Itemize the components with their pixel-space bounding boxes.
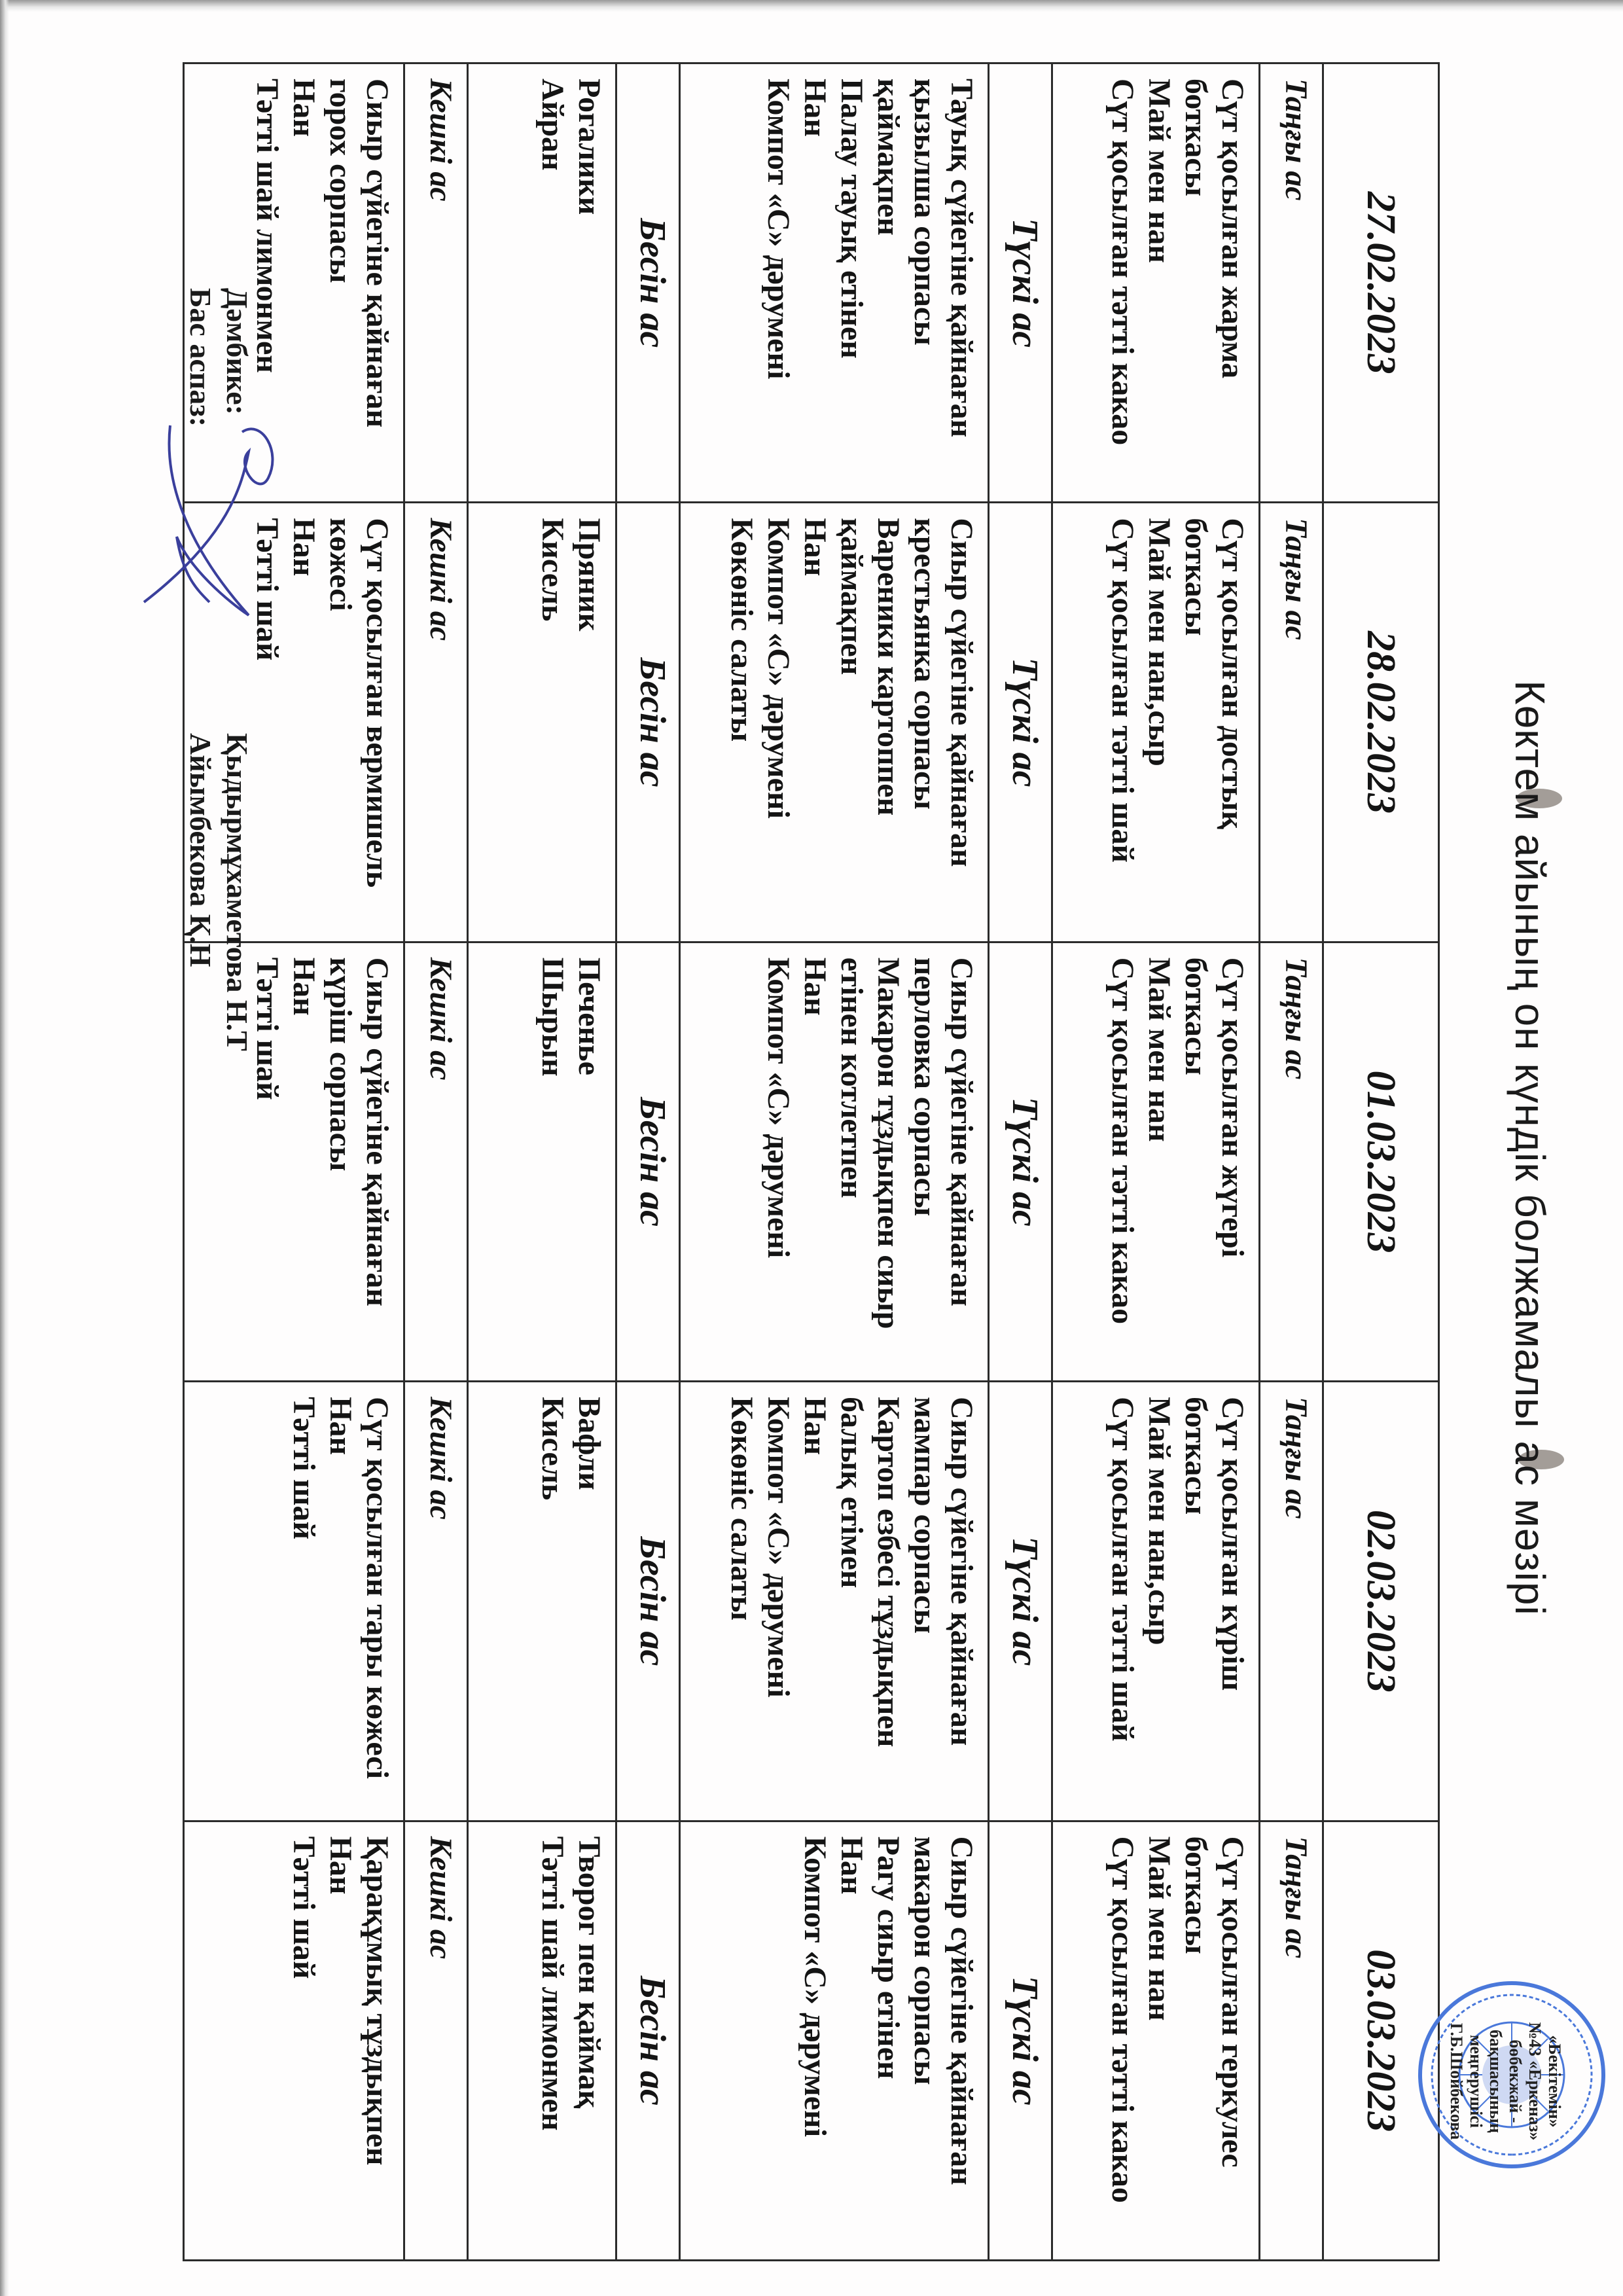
menu-item: Нан bbox=[796, 1397, 833, 1805]
lunch-label-row: Түскі асТүскі асТүскі асТүскі асТүскі ас bbox=[989, 63, 1052, 2261]
menu-item: Сиыр сүйегіне қайнаған перловка сорпасы bbox=[906, 958, 980, 1366]
menu-item: Нан bbox=[833, 1837, 870, 2245]
meal-label: Бесін ас bbox=[634, 958, 671, 1366]
menu-item: Сиыр сүйегіне қайнаған күріш сорпасы bbox=[322, 958, 395, 1366]
menu-item: Сүт қосылған достық боткасы bbox=[1177, 518, 1251, 926]
meal-label-cell: Таңғы ас bbox=[1260, 1382, 1323, 1821]
meal-label-cell: Түскі ас bbox=[989, 942, 1052, 1381]
meal-label-cell: Кешкі ас bbox=[404, 942, 468, 1381]
menu-item: Макарон тұздықпен сиыр етінен котлетпен bbox=[833, 958, 906, 1366]
menu-item: Палау тауық етінен bbox=[833, 79, 870, 487]
meal-label: Кешкі ас bbox=[423, 79, 458, 202]
menu-item: Компот «С» дәрумені bbox=[760, 1397, 796, 1805]
menu-item: Картоп езбесі тұздықпен балық етімен bbox=[833, 1397, 906, 1805]
menu-item: Май мен нан bbox=[1141, 958, 1177, 1366]
menu-item: Компот «С» дәрумені bbox=[760, 518, 796, 926]
menu-item: Нан bbox=[796, 958, 833, 1366]
signature-name: Айымбекова Қ.Н bbox=[182, 733, 219, 967]
menu-items-cell: Қарақұмық тұздықпенНанТәтті шай bbox=[184, 1821, 404, 2260]
meal-label: Түскі ас bbox=[1007, 518, 1043, 926]
menu-item: Тәтті шай лимонмен bbox=[534, 1837, 571, 2245]
menu-item: Тәтті шай bbox=[285, 1837, 322, 2245]
menu-item: Сүт қосылған тәтті шай bbox=[1104, 518, 1141, 926]
meal-label: Бесін ас bbox=[634, 1397, 671, 1805]
meal-label: Түскі ас bbox=[1007, 958, 1043, 1366]
meal-label-cell: Таңғы ас bbox=[1260, 503, 1323, 942]
menu-item: Сүт қосылған жүгері боткасы bbox=[1177, 958, 1251, 1366]
dinner-label-row: Кешкі асКешкі асКешкі асКешкі асКешкі ас bbox=[404, 63, 468, 2261]
menu-item: Компот «С» дәрумені bbox=[796, 1837, 833, 2245]
meal-label-cell: Кешкі ас bbox=[404, 1821, 468, 2260]
menu-item: Тәтті шай bbox=[285, 1397, 322, 1805]
menu-items-cell: Сүт қосылған тары көжесіНанТәтті шай bbox=[184, 1382, 404, 1821]
meal-label-cell: Бесін ас bbox=[616, 63, 680, 503]
meal-label: Түскі ас bbox=[1007, 1837, 1043, 2245]
menu-items-cell: ПряникКисель bbox=[468, 503, 616, 942]
menu-item: Сүт қосылған тары көжесі bbox=[359, 1397, 395, 1805]
date-header: 02.03.2023 bbox=[1323, 1382, 1439, 1821]
meal-label-cell: Бесін ас bbox=[616, 1821, 680, 2260]
snack-items-row: РогаликиАйранПряникКисельПеченьеШырынВаф… bbox=[468, 63, 616, 2261]
menu-item: Май мен нан bbox=[1141, 79, 1177, 487]
menu-item: Нан bbox=[285, 958, 322, 1366]
meal-label-cell: Кешкі ас bbox=[404, 503, 468, 942]
menu-item: Компот «С» дәрумені bbox=[760, 79, 796, 487]
meal-label: Бесін ас bbox=[634, 518, 671, 926]
meal-label-cell: Түскі ас bbox=[989, 1382, 1052, 1821]
date-header: 01.03.2023 bbox=[1323, 942, 1439, 1381]
signature-name: Қыдырмұхаметова Н.Т bbox=[219, 733, 255, 1051]
meal-label: Бесін ас bbox=[634, 79, 671, 487]
meal-label: Таңғы ас bbox=[1279, 518, 1313, 640]
meal-label-cell: Түскі ас bbox=[989, 63, 1052, 503]
menu-items-cell: Сүт қосылған геркулес боткасыМай мен нан… bbox=[1052, 1821, 1260, 2260]
date-header: 27.02.2023 bbox=[1323, 63, 1439, 503]
scanned-page: Көктем айының он күндік болжамалы ас мәз… bbox=[0, 0, 1623, 2296]
menu-items-cell: ПеченьеШырын bbox=[468, 942, 616, 1381]
menu-table: 27.02.202328.02.202301.03.202302.03.2023… bbox=[183, 62, 1440, 2261]
menu-item: Сүт қосылған тәтті какао bbox=[1104, 79, 1141, 487]
page-title: Көктем айының он күндік болжамалы ас мәз… bbox=[1506, 0, 1554, 2296]
menu-item: Көкөніс салаты bbox=[723, 518, 760, 926]
menu-item: Компот «С» дәрумені bbox=[760, 958, 796, 1366]
meal-label-cell: Бесін ас bbox=[616, 1382, 680, 1821]
menu-item: Май мен нан bbox=[1141, 1837, 1177, 2245]
breakfast-items-row: Сүт қосылған жарма боткасыМай мен нанСүт… bbox=[1052, 63, 1260, 2261]
menu-item: Сиыр сүйегіне қайнаған мампар сорпасы bbox=[906, 1397, 980, 1805]
approval-stamp-text: «Бекітемін» №43 «Еркеназ» бөбекжай - бақ… bbox=[1446, 1990, 1564, 2173]
menu-item: Нан bbox=[322, 1397, 359, 1805]
menu-items-cell: Сиыр сүйегіне қайнаған перловка сорпасыМ… bbox=[680, 942, 989, 1381]
menu-item: Сиыр сүйегіне қайнаған крестьянка сорпас… bbox=[906, 518, 980, 926]
meal-label: Түскі ас bbox=[1007, 1397, 1043, 1805]
menu-items-cell: Сүт қосылған жүгері боткасыМай мен нанСү… bbox=[1052, 942, 1260, 1381]
meal-label: Кешкі ас bbox=[423, 518, 458, 641]
menu-items-cell: Творог пен қаймақТәтті шай лимонмен bbox=[468, 1821, 616, 2260]
menu-items-cell: Сиыр сүйегіне қайнаған крестьянка сорпас… bbox=[680, 503, 989, 942]
menu-item: Шырын bbox=[534, 958, 571, 1366]
meal-label-cell: Кешкі ас bbox=[404, 1382, 468, 1821]
menu-items-cell: Тауық сүйегіне қайнаған қызылша сорпасы … bbox=[680, 63, 989, 503]
menu-item: Сүт қосылған тәтті какао bbox=[1104, 958, 1141, 1366]
menu-item: Сүт қосылған геркулес боткасы bbox=[1177, 1837, 1251, 2245]
menu-item: Кисель bbox=[534, 518, 571, 926]
meal-label: Таңғы ас bbox=[1279, 1397, 1313, 1519]
menu-document: Көктем айының он күндік болжамалы ас мәз… bbox=[0, 0, 1623, 2296]
meal-label-cell: Бесін ас bbox=[616, 942, 680, 1381]
meal-label: Түскі ас bbox=[1007, 79, 1043, 487]
meal-label: Таңғы ас bbox=[1279, 79, 1313, 201]
meal-label-cell: Таңғы ас bbox=[1260, 63, 1323, 503]
meal-label-cell: Таңғы ас bbox=[1260, 1821, 1323, 2260]
signature-row-chef: Бас аспаз: Айымбекова Қ.Н bbox=[182, 288, 219, 1051]
signature-block: Дәмбике: Қыдырмұхаметова Н.Т Бас аспаз: … bbox=[182, 288, 255, 1051]
menu-item: Рогалики bbox=[571, 79, 607, 487]
menu-item: Нан bbox=[796, 518, 833, 926]
date-header: 28.02.2023 bbox=[1323, 503, 1439, 942]
meal-label: Таңғы ас bbox=[1279, 1837, 1313, 1959]
menu-item: Сүт қосылған күріш боткасы bbox=[1177, 1397, 1251, 1805]
lunch-items-row: Тауық сүйегіне қайнаған қызылша сорпасы … bbox=[680, 63, 989, 2261]
meal-label-cell: Кешкі ас bbox=[404, 63, 468, 503]
menu-items-cell: Сүт қосылған күріш боткасыМай мен нан,сы… bbox=[1052, 1382, 1260, 1821]
menu-item: Көкөніс салаты bbox=[723, 1397, 760, 1805]
menu-item: Кисель bbox=[534, 1397, 571, 1805]
meal-label-cell: Түскі ас bbox=[989, 503, 1052, 942]
menu-item: Вареники картоппен қаймақпен bbox=[833, 518, 906, 926]
meal-label-cell: Түскі ас bbox=[989, 1821, 1052, 2260]
menu-item: Қарақұмық тұздықпен bbox=[359, 1837, 395, 2245]
menu-items-cell: Сиыр сүйегіне қайнаған макарон сорпасыРа… bbox=[680, 1821, 989, 2260]
menu-item: Пряник bbox=[571, 518, 607, 926]
menu-item: Тауық сүйегіне қайнаған қызылша сорпасы … bbox=[870, 79, 980, 487]
menu-item: Печенье bbox=[571, 958, 607, 1366]
meal-label: Кешкі ас bbox=[423, 1397, 458, 1520]
menu-items-cell: Сүт қосылған достық боткасыМай мен нан,с… bbox=[1052, 503, 1260, 942]
signature-row-dambike: Дәмбике: Қыдырмұхаметова Н.Т bbox=[219, 288, 255, 1051]
meal-label: Бесін ас bbox=[634, 1837, 671, 2245]
menu-item: Май мен нан,сыр bbox=[1141, 518, 1177, 926]
breakfast-label-row: Таңғы асТаңғы асТаңғы асТаңғы асТаңғы ас bbox=[1260, 63, 1323, 2261]
menu-item: Май мен нан,сыр bbox=[1141, 1397, 1177, 1805]
menu-item: Нан bbox=[322, 1837, 359, 2245]
meal-label-cell: Бесін ас bbox=[616, 503, 680, 942]
menu-items-cell: РогаликиАйран bbox=[468, 63, 616, 503]
meal-label-cell: Таңғы ас bbox=[1260, 942, 1323, 1381]
meal-label: Таңғы ас bbox=[1279, 958, 1313, 1080]
menu-item: Сүт қосылған тәтті шай bbox=[1104, 1397, 1141, 1805]
menu-item: Айран bbox=[534, 79, 571, 487]
snack-label-row: Бесін асБесін асБесін асБесін асБесін ас bbox=[616, 63, 680, 2261]
menu-items-cell: Сиыр сүйегіне қайнаған мампар сорпасыКар… bbox=[680, 1382, 989, 1821]
date-header-row: 27.02.202328.02.202301.03.202302.03.2023… bbox=[1323, 63, 1439, 2261]
meal-label: Кешкі ас bbox=[423, 1837, 458, 1960]
menu-item: Рагу сиыр етінен bbox=[870, 1837, 906, 2245]
menu-item: Сиыр сүйегіне қайнаған макарон сорпасы bbox=[906, 1837, 980, 2245]
menu-item: Творог пен қаймақ bbox=[571, 1837, 607, 2245]
menu-item: Сүт қосылған жарма боткасы bbox=[1177, 79, 1251, 487]
handwritten-signature-icon bbox=[124, 406, 340, 655]
menu-items-cell: Сүт қосылған жарма боткасыМай мен нанСүт… bbox=[1052, 63, 1260, 503]
menu-item: Нан bbox=[796, 79, 833, 487]
menu-item: Сүт қосылған тәтті какао bbox=[1104, 1837, 1141, 2245]
menu-item: Вафли bbox=[571, 1397, 607, 1805]
menu-items-cell: ВафлиКисель bbox=[468, 1382, 616, 1821]
meal-label: Кешкі ас bbox=[423, 958, 458, 1081]
